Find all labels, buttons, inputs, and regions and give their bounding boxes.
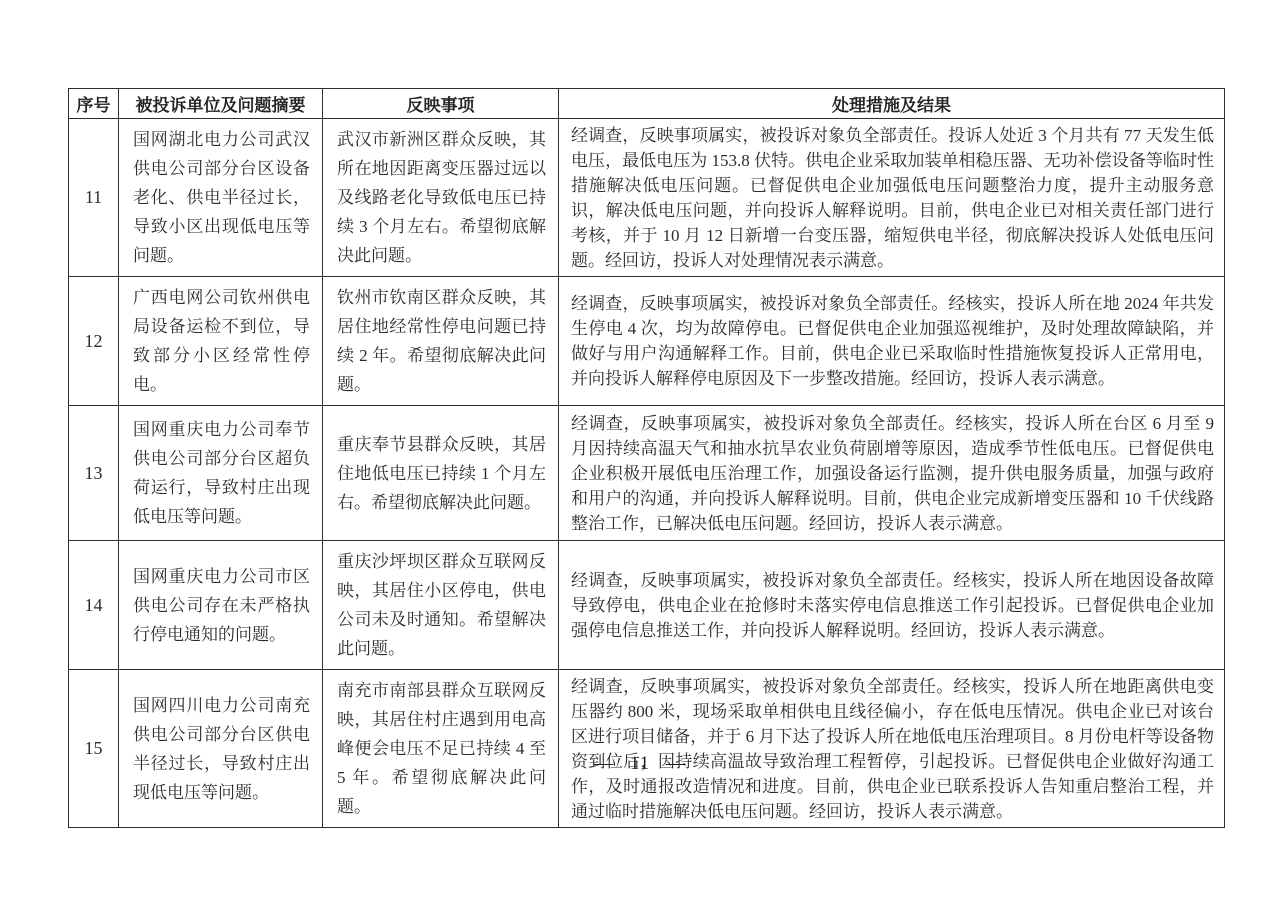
cell-summary: 国网湖北电力公司武汉供电公司部分台区设备老化、供电半径过长，导致小区出现低电压等… <box>119 119 323 277</box>
cell-result: 经调查，反映事项属实，被投诉对象负全部责任。经核实，投诉人所在地距离供电变压器约… <box>559 670 1225 828</box>
cell-matter: 重庆沙坪坝区群众互联网反映，其居住小区停电，供电公司未及时通知。希望解决此问题。 <box>323 541 559 670</box>
cell-summary: 国网重庆电力公司市区供电公司存在未严格执行停电通知的问题。 <box>119 541 323 670</box>
cell-summary: 国网四川电力公司南充供电公司部分台区供电半径过长，导致村庄出现低电压等问题。 <box>119 670 323 828</box>
cell-matter: 钦州市钦南区群众反映，其居住地经常性停电问题已持续 2 年。希望彻底解决此问题。 <box>323 277 559 406</box>
column-header-reported-matter: 反映事项 <box>323 89 559 119</box>
page-number: — 11 — <box>0 753 1280 775</box>
cell-result: 经调查，反映事项属实，被投诉对象负全部责任。经核实，投诉人所在地因设备故障导致停… <box>559 541 1225 670</box>
cell-seq: 14 <box>69 541 119 670</box>
table-row: 14 国网重庆电力公司市区供电公司存在未严格执行停电通知的问题。 重庆沙坪坝区群… <box>69 541 1225 670</box>
column-header-handling-result: 处理措施及结果 <box>559 89 1225 119</box>
cell-result: 经调查，反映事项属实，被投诉对象负全部责任。经核实，投诉人所在地 2024 年共… <box>559 277 1225 406</box>
cell-summary: 国网重庆电力公司奉节供电公司部分台区超负荷运行，导致村庄出现低电压等问题。 <box>119 406 323 541</box>
cell-matter: 武汉市新洲区群众反映，其所在地因距离变压器过远以及线路老化导致低电压已持续 3 … <box>323 119 559 277</box>
cell-result: 经调查，反映事项属实，被投诉对象负全部责任。经核实，投诉人所在台区 6 月至 9… <box>559 406 1225 541</box>
complaint-table: 序号 被投诉单位及问题摘要 反映事项 处理措施及结果 11 国网湖北电力公司武汉… <box>68 88 1225 828</box>
table-header-row: 序号 被投诉单位及问题摘要 反映事项 处理措施及结果 <box>69 89 1225 119</box>
cell-result: 经调查，反映事项属实，被投诉对象负全部责任。投诉人处近 3 个月共有 77 天发… <box>559 119 1225 277</box>
column-header-seq: 序号 <box>69 89 119 119</box>
cell-matter: 重庆奉节县群众反映，其居住地低电压已持续 1 个月左右。希望彻底解决此问题。 <box>323 406 559 541</box>
table-row: 13 国网重庆电力公司奉节供电公司部分台区超负荷运行，导致村庄出现低电压等问题。… <box>69 406 1225 541</box>
cell-seq: 12 <box>69 277 119 406</box>
cell-seq: 15 <box>69 670 119 828</box>
table-row: 12 广西电网公司钦州供电局设备运检不到位，导致部分小区经常性停电。 钦州市钦南… <box>69 277 1225 406</box>
column-header-complained-unit: 被投诉单位及问题摘要 <box>119 89 323 119</box>
table-row: 15 国网四川电力公司南充供电公司部分台区供电半径过长，导致村庄出现低电压等问题… <box>69 670 1225 828</box>
document-page: 序号 被投诉单位及问题摘要 反映事项 处理措施及结果 11 国网湖北电力公司武汉… <box>0 0 1280 904</box>
cell-matter: 南充市南部县群众互联网反映，其居住村庄遇到用电高峰便会电压不足已持续 4 至 5… <box>323 670 559 828</box>
cell-seq: 13 <box>69 406 119 541</box>
cell-seq: 11 <box>69 119 119 277</box>
cell-summary: 广西电网公司钦州供电局设备运检不到位，导致部分小区经常性停电。 <box>119 277 323 406</box>
table-row: 11 国网湖北电力公司武汉供电公司部分台区设备老化、供电半径过长，导致小区出现低… <box>69 119 1225 277</box>
